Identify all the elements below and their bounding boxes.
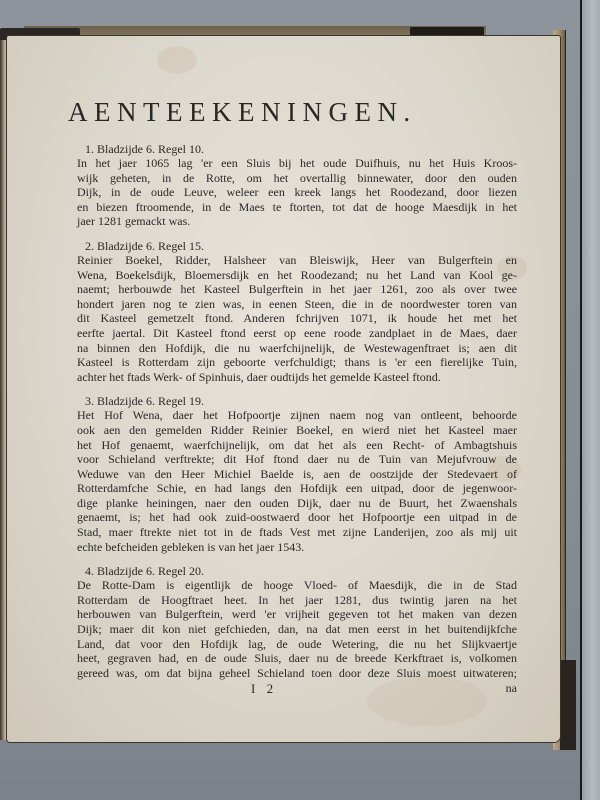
text-line: Het Hof Wena, daer het Hofpoortje zijnen…	[77, 408, 517, 423]
text-line: achter het ftads Werk- of Spinhuis, daer…	[77, 370, 517, 385]
background-wall-edge	[580, 0, 600, 800]
text-line: heet, gegraven had, en de oude Sluis, da…	[77, 651, 517, 666]
text-line: Dijk; maer dit kon niet gefchieden, dan,…	[77, 622, 517, 637]
annotation-heading: 2. Bladzijde 6. Regel 15.	[77, 239, 517, 253]
book-cover-corner-bottom-right	[560, 660, 576, 750]
text-line: Reinier Boekel, Ridder, Halsheer van Ble…	[77, 253, 517, 268]
paper-stain	[157, 46, 197, 74]
text-line: gereed was, om dat bijna geheel Schielan…	[77, 666, 517, 681]
text-line: het Hof genaemt, waerfchijnelijk, om dat…	[77, 438, 517, 453]
text-line: In het jaer 1065 lag 'er een Sluis bij h…	[77, 156, 517, 171]
text-line: Dijk, in de oude Leuve, weleer een kreek…	[77, 185, 517, 200]
text-line: De Rotte-Dam is eigentlijk de hooge Vloe…	[77, 578, 517, 593]
text-line: dit Kasteel gemetzelt ftond. Anderen fch…	[77, 311, 517, 326]
text-line: Weduwe van den Heer Michiel Baelde is, a…	[77, 467, 517, 482]
annotation-1: 1. Bladzijde 6. Regel 10. In het jaer 10…	[77, 142, 517, 229]
text-line: hondert jaren nog te zien was, in eenen …	[77, 297, 517, 312]
annotation-body: Het Hof Wena, daer het Hofpoortje zijnen…	[77, 408, 517, 554]
page-content: AENTEEKENINGEN. 1. Bladzijde 6. Regel 10…	[77, 96, 517, 697]
text-line: Land, dat voor den Hofdijk lag, de oude …	[77, 637, 517, 652]
catchword: na	[506, 681, 517, 696]
text-line: ook aen den gemelden Ridder Reinier Boek…	[77, 423, 517, 438]
text-line: wijk geheten, in de Rotte, om het overta…	[77, 171, 517, 186]
annotation-body: Reinier Boekel, Ridder, Halsheer van Ble…	[77, 253, 517, 384]
text-line: jaer 1281 gemackt was.	[77, 214, 517, 229]
text-line: en biezen ftroomende, in de Maes te ftor…	[77, 200, 517, 215]
text-line: dige planke heiningen, naer den ouden Di…	[77, 496, 517, 511]
annotation-3: 3. Bladzijde 6. Regel 19. Het Hof Wena, …	[77, 394, 517, 554]
signature-mark: I 2	[251, 681, 277, 697]
text-line: eerfte jaertal. Dit Kasteel ftond eerst …	[77, 326, 517, 341]
text-line: Kasteel is Rotterdam zijn geboorte verfc…	[77, 355, 517, 370]
text-line: echte befcheiden gebleken is van het jae…	[77, 540, 517, 555]
annotation-4: 4. Bladzijde 6. Regel 20. De Rotte-Dam i…	[77, 564, 517, 680]
text-line: na binnen den Hofdijk, die nu waerfchijn…	[77, 341, 517, 356]
text-line: naemt; herbouwde het Kasteel Bulgerftein…	[77, 282, 517, 297]
annotation-2: 2. Bladzijde 6. Regel 15. Reinier Boekel…	[77, 239, 517, 384]
text-line: Rotterdam de Hoogftraet heet. In het jae…	[77, 593, 517, 608]
page-title: AENTEEKENINGEN.	[68, 96, 517, 128]
annotation-heading: 3. Bladzijde 6. Regel 19.	[77, 394, 517, 408]
page-footer: I 2 na	[77, 681, 517, 697]
annotation-body: De Rotte-Dam is eigentlijk de hooge Vloe…	[77, 578, 517, 680]
text-line: Wena, Boekelsdijk, Bloemersdijk en het R…	[77, 268, 517, 283]
annotation-body: In het jaer 1065 lag 'er een Sluis bij h…	[77, 156, 517, 229]
text-line: Stad, maer ftrekte niet tot in de ftads …	[77, 525, 517, 540]
text-line: Rotterdamfche Schie, en had langs den Ho…	[77, 481, 517, 496]
text-line: voor Schieland verftrekte; dit Hof ftond…	[77, 452, 517, 467]
text-line: herbouwen van Bulgerftein, werd 'er vrij…	[77, 607, 517, 622]
text-line: genaemt, is; het had ook zuid-oostwaerd …	[77, 510, 517, 525]
annotation-heading: 4. Bladzijde 6. Regel 20.	[77, 564, 517, 578]
annotation-heading: 1. Bladzijde 6. Regel 10.	[77, 142, 517, 156]
